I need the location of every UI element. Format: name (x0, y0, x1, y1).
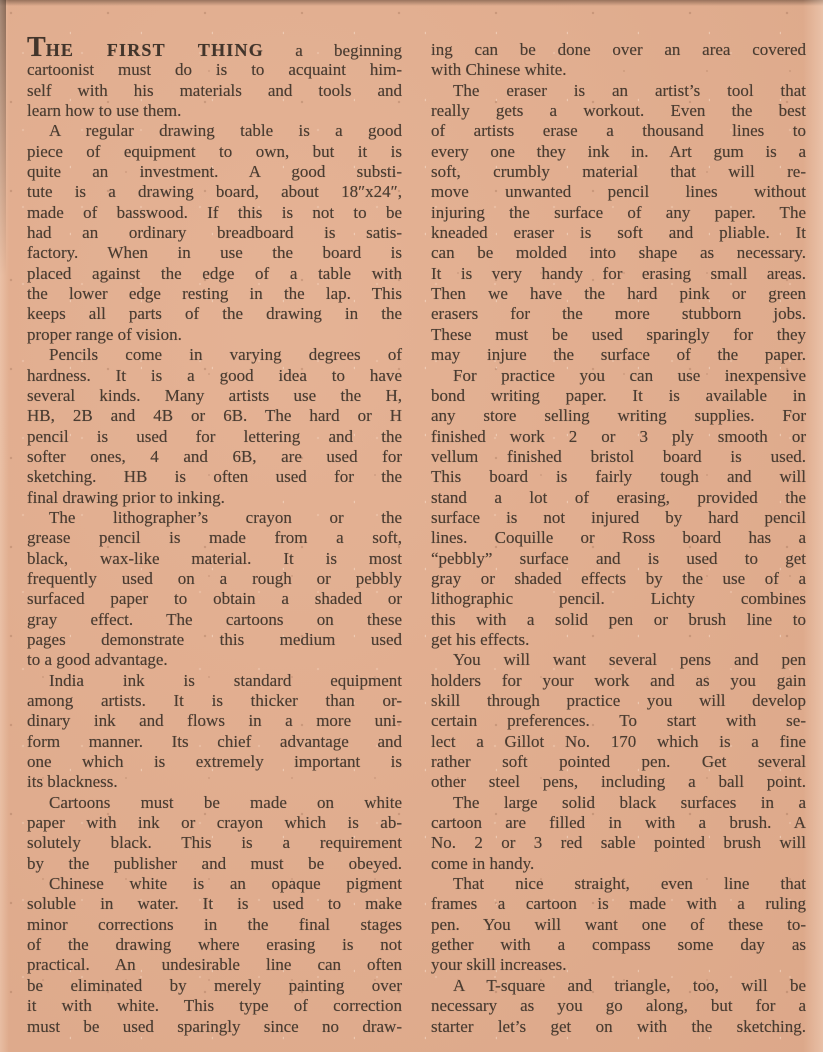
text-line: bond writing paper. It is available in (431, 386, 806, 406)
text-line: That nice straight, even line that (431, 874, 806, 894)
text-line: sketching. HB is often used for the (27, 467, 402, 487)
text-line: soluble in water. It is used to make (27, 894, 402, 914)
text-line: by the publisher and must be obeyed. (27, 854, 402, 874)
text-line: kneaded eraser is soft and pliable. It (431, 223, 806, 243)
text-line: hardness. It is a good idea to have (27, 366, 402, 386)
text-line: with Chinese white. (431, 60, 806, 80)
text-line: These must be used sparingly for they (431, 325, 806, 345)
text-line: This board is fairly tough and will (431, 467, 806, 487)
text-line: vellum finished bristol board is used. (431, 447, 806, 467)
text-line: may injure the surface of the paper. (431, 345, 806, 365)
text-line: grease pencil is made from a soft, (27, 528, 402, 548)
text-line: get his effects. (431, 630, 806, 650)
text-line: lines. Coquille or Ross board has a (431, 528, 806, 548)
text-line: your skill increases. (431, 955, 806, 975)
text-line: For practice you can use inexpensive (431, 366, 806, 386)
text-line: placed against the edge of a table with (27, 264, 402, 284)
text-line: it with white. This type of correction (27, 996, 402, 1016)
text-line: No. 2 or 3 red sable pointed brush will (431, 833, 806, 853)
scan-edge-left-light (0, 0, 9, 1052)
text-line: The large solid black surfaces in a (431, 793, 806, 813)
scan-edge-right-light (803, 0, 823, 1052)
text-line: holders for your work and as you gain (431, 671, 806, 691)
text-column-left: THE FIRST THING a beginningcartoonist mu… (27, 40, 402, 1037)
text-line: learn how to use them. (27, 101, 402, 121)
text-line: “pebbly” surface and is used to get (431, 549, 806, 569)
text-line: can be molded into shape as necessary. (431, 243, 806, 263)
text-line: The lithographer’s crayon or the (27, 508, 402, 528)
text-line: really gets a workout. Even the best (431, 101, 806, 121)
text-line: move unwanted pencil lines without (431, 182, 806, 202)
text-line: A T-square and triangle, too, will be (431, 976, 806, 996)
text-line: HB, 2B and 4B or 6B. The hard or H (27, 406, 402, 426)
scanned-book-page: THE FIRST THING a beginningcartoonist mu… (0, 0, 823, 1052)
text-line: surfaced paper to obtain a shaded or (27, 589, 402, 609)
text-line: paper with ink or crayon which is ab- (27, 813, 402, 833)
text-line: proper range of vision. (27, 325, 402, 345)
text-line: any store selling writing supplies. For (431, 406, 806, 426)
text-line: the lower edge resting in the lap. This (27, 284, 402, 304)
text-line: must be used sparingly since no draw- (27, 1017, 402, 1037)
text-line: minor corrections in the final stages (27, 915, 402, 935)
text-line: self with his materials and tools and (27, 81, 402, 101)
text-line: final drawing prior to inking. (27, 488, 402, 508)
text-line: made of basswood. If this is not to be (27, 203, 402, 223)
text-line: finished work 2 or 3 ply smooth or (431, 427, 806, 447)
text-line: of the drawing where erasing is not (27, 935, 402, 955)
text-line: gether with a compass some day as (431, 935, 806, 955)
text-line: Chinese white is an opaque pigment (27, 874, 402, 894)
text-column-right: ing can be done over an area coveredwith… (431, 40, 806, 1037)
text-line: factory. When in use the board is (27, 243, 402, 263)
text-line: soft, crumbly material that will re- (431, 162, 806, 182)
text-line: injuring the surface of any paper. The (431, 203, 806, 223)
text-line: dinary ink and flows in a more uni- (27, 711, 402, 731)
text-line: of artists erase a thousand lines to (431, 121, 806, 141)
text-line: pen. You will want one of these to- (431, 915, 806, 935)
text-line: ing can be done over an area covered (431, 40, 806, 60)
drop-cap-initial: T (27, 32, 46, 63)
text-line: cartoonist must do is to acquaint him- (27, 60, 402, 80)
text-line: cartoon are filled in with a brush. A (431, 813, 806, 833)
text-line: its blackness. (27, 772, 402, 792)
text-line: form manner. Its chief advantage and (27, 732, 402, 752)
text-line: this with a solid pen or brush line to (431, 610, 806, 630)
text-line: among artists. It is thicker than or- (27, 691, 402, 711)
text-line: stand a lot of erasing, provided the (431, 488, 806, 508)
text-line: Then we have the hard pink or green (431, 284, 806, 304)
scan-edge-left-dark (0, 0, 6, 300)
text-line: The eraser is an artist’s tool that (431, 81, 806, 101)
text-line: other steel pens, including a ball point… (431, 772, 806, 792)
text-line: rather soft pointed pen. Get several (431, 752, 806, 772)
text-line: Cartoons must be made on white (27, 793, 402, 813)
text-line: pages demonstrate this medium used (27, 630, 402, 650)
text-line: pencil is used for lettering and the (27, 427, 402, 447)
text-line: quite an investment. A good substi- (27, 162, 402, 182)
text-line: piece of equipment to own, but it is (27, 142, 402, 162)
text-line: gray or shaded effects by the use of a (431, 569, 806, 589)
text-line: necessary as you go along, but for a (431, 996, 806, 1016)
text-line: several kinds. Many artists use the H, (27, 386, 402, 406)
text-line: one which is extremely important is (27, 752, 402, 772)
scan-edge-top (0, 0, 823, 6)
text-line: had an ordinary breadboard is satis- (27, 223, 402, 243)
text-line: practical. An undesirable line can often (27, 955, 402, 975)
text-line: lithographic pencil. Lichty combines (431, 589, 806, 609)
text-line: starter let’s get on with the sketching. (431, 1017, 806, 1037)
text-line: You will want several pens and pen (431, 650, 806, 670)
heading-smallcaps: HE FIRST THING (46, 40, 264, 60)
text-line: certain preferences. To start with se- (431, 711, 806, 731)
text-line: tute is a drawing board, about 18″x24″, (27, 182, 402, 202)
text-line: softer ones, 4 and 6B, are used for (27, 447, 402, 467)
text-line: erasers for the more stubborn jobs. (431, 304, 806, 324)
text-line: solutely black. This is a requirement (27, 833, 402, 853)
text-line: gray effect. The cartoons on these (27, 610, 402, 630)
text-line: come in handy. (431, 854, 806, 874)
text-line: frequently used on a rough or pebbly (27, 569, 402, 589)
text-line: every one they ink in. Art gum is a (431, 142, 806, 162)
heading-rest: a beginning (295, 41, 402, 60)
text-line: to a good advantage. (27, 650, 402, 670)
text-line: It is very handy for erasing small areas… (431, 264, 806, 284)
text-line: be eliminated by merely painting over (27, 976, 402, 996)
text-line: frames a cartoon is made with a ruling (431, 894, 806, 914)
text-line: keeps all parts of the drawing in the (27, 304, 402, 324)
text-line: skill through practice you will develop (431, 691, 806, 711)
text-line: black, wax-like material. It is most (27, 549, 402, 569)
text-line: India ink is standard equipment (27, 671, 402, 691)
text-line: surface is not injured by hard pencil (431, 508, 806, 528)
text-line: Pencils come in varying degrees of (27, 345, 402, 365)
text-line: lect a Gillot No. 170 which is a fine (431, 732, 806, 752)
text-line: A regular drawing table is a good (27, 121, 402, 141)
heading-line: THE FIRST THING a beginning (27, 40, 402, 60)
